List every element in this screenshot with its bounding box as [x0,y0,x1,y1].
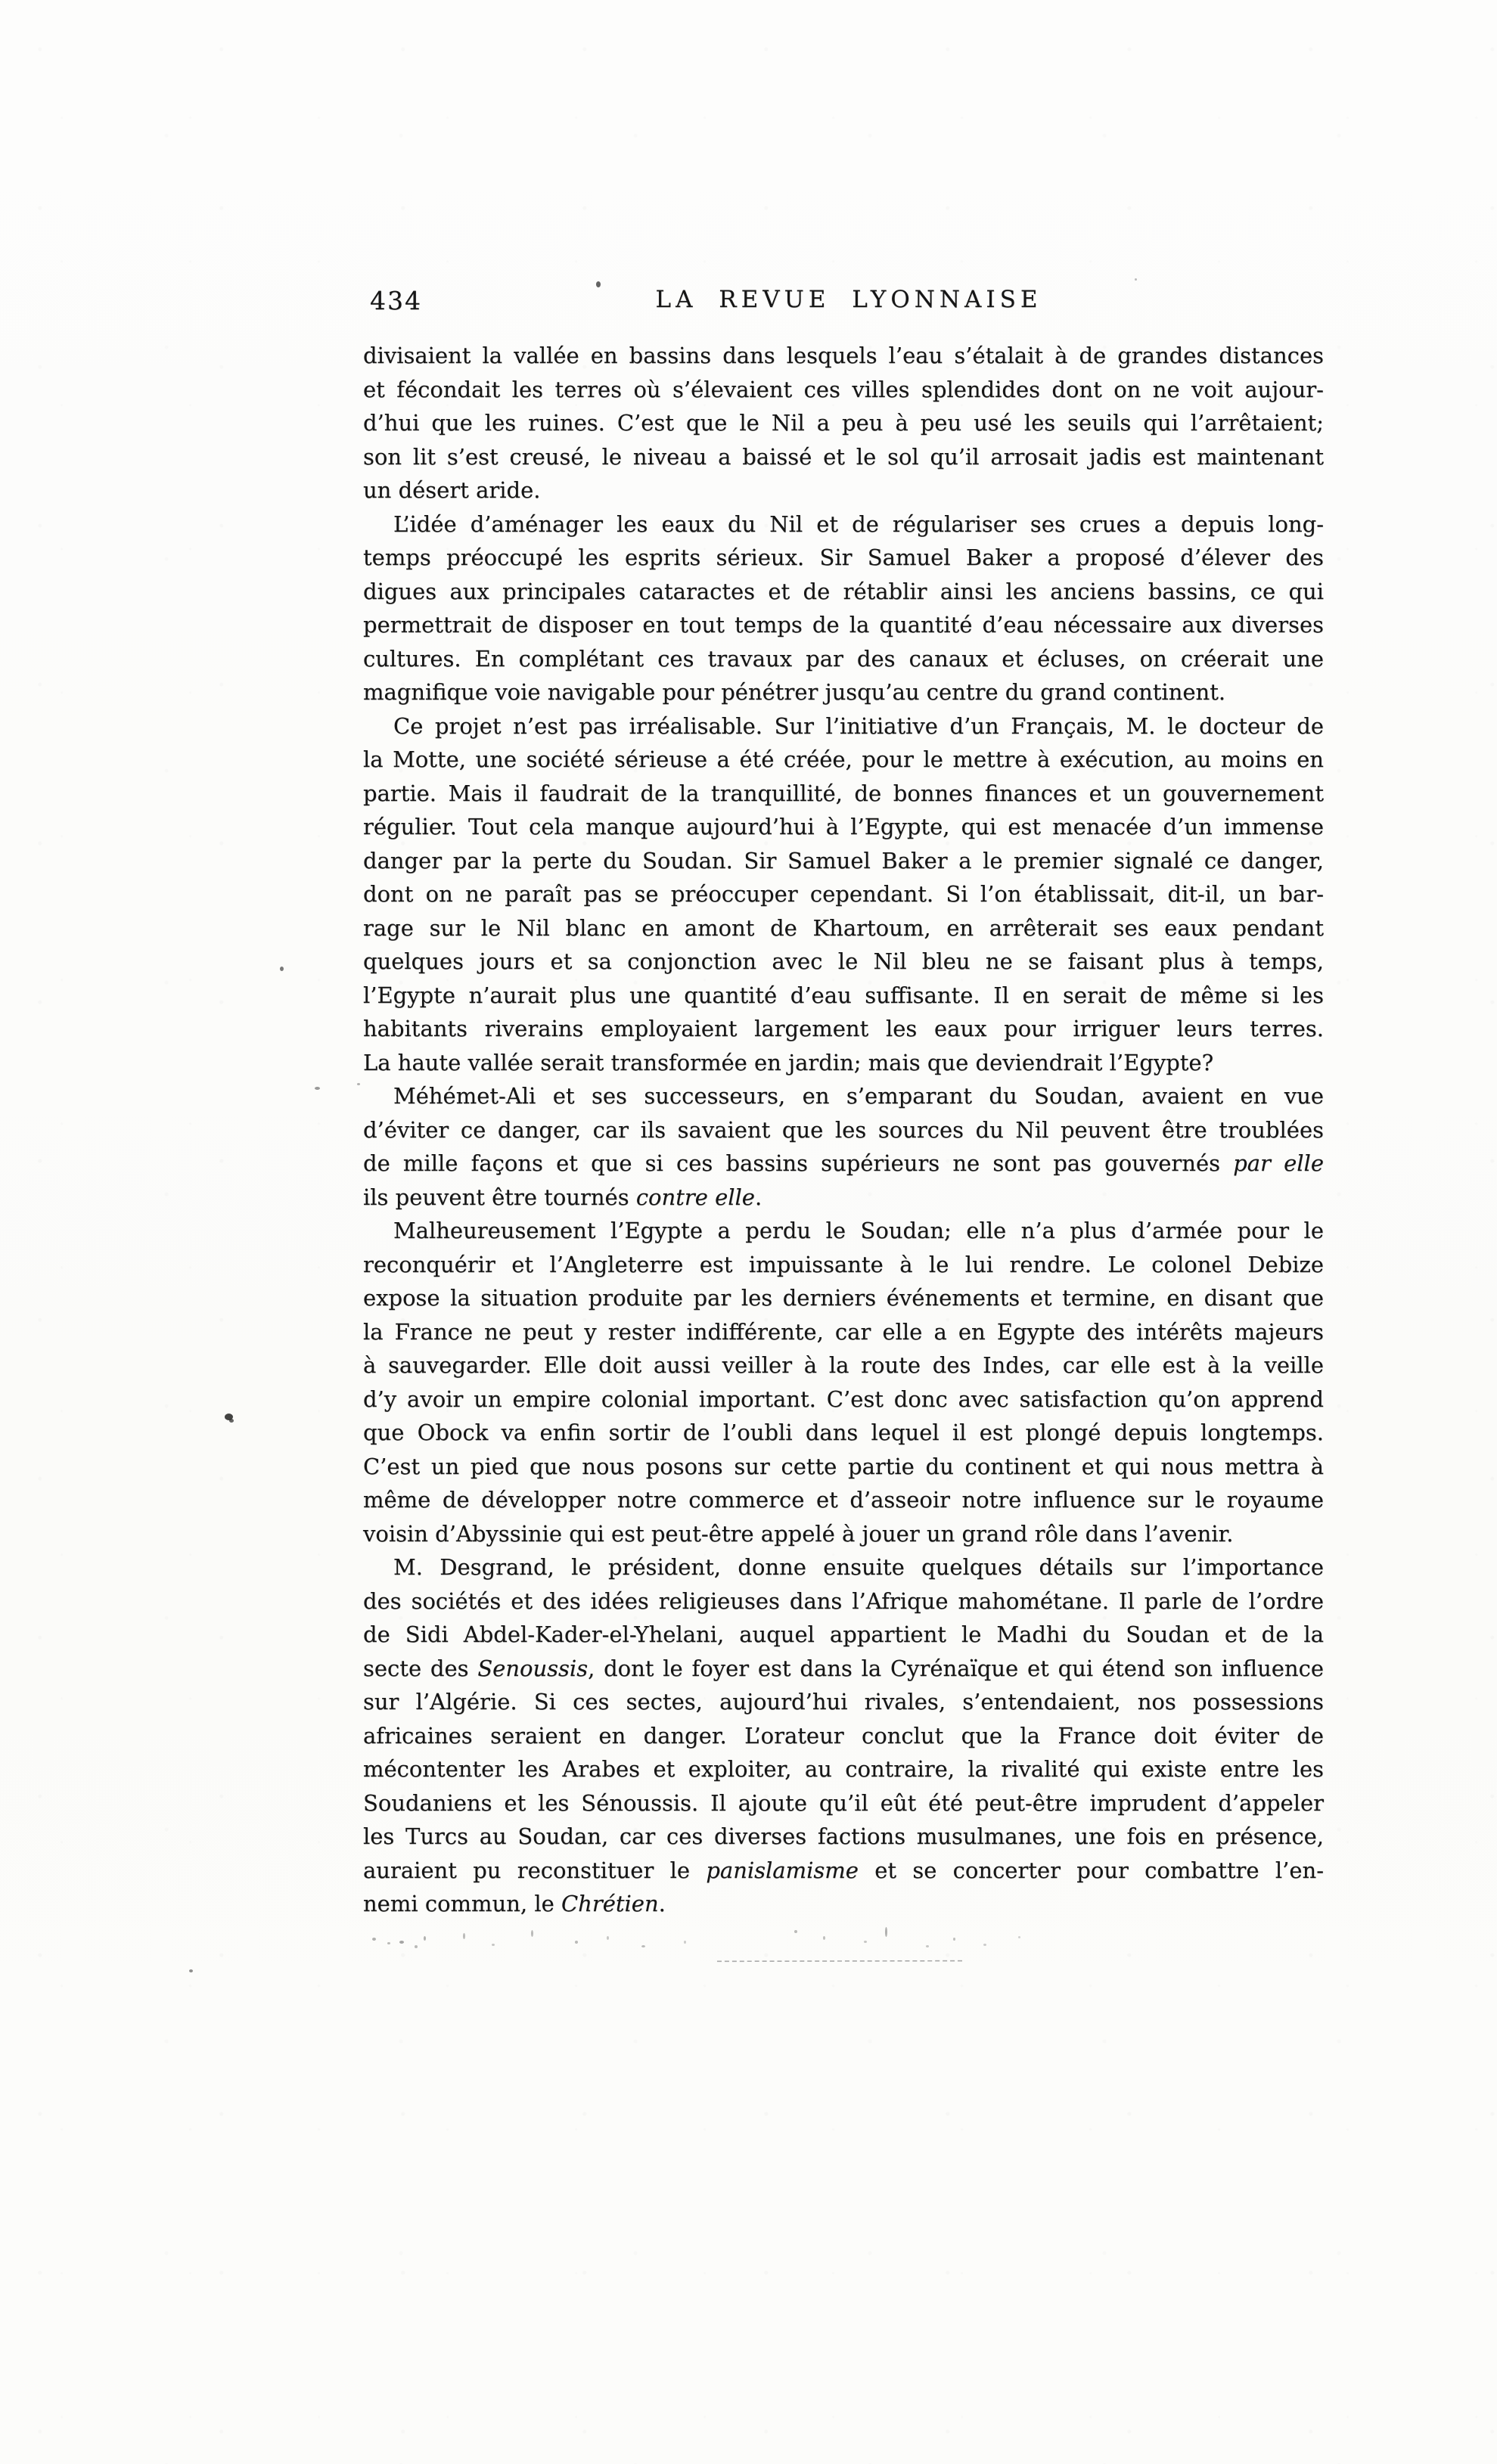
text-line: régulier. Tout cela manque aujourd’hui à… [363,810,1324,844]
text-line: d’hui que les ruines. C’est que le Nil a… [363,406,1324,440]
ink-speck [357,1083,360,1085]
text-line: C’est un pied que nous posons sur cette … [363,1450,1324,1484]
text-line: Ce projet n’est pas irréalisable. Sur l’… [363,709,1324,743]
text-line: reconquérir et l’Angleterre est impuissa… [363,1248,1324,1282]
text-line: d’y avoir un empire colonial important. … [363,1383,1324,1417]
text-line: habitants riverains employaient largemen… [363,1012,1324,1046]
text-line: secte des Senoussis, dont le foyer est d… [363,1652,1324,1686]
ink-speck [794,1930,797,1933]
ink-speck [399,1941,404,1944]
text-line: danger par la perte du Soudan. Sir Samue… [363,844,1324,878]
ink-speck [823,1936,825,1940]
text-line: Méhémet-Ali et ses successeurs, en s’emp… [363,1079,1324,1113]
ink-speck [315,1087,320,1090]
text-line: temps préoccupé les esprits sérieux. Sir… [363,541,1324,575]
text-line: divisaient la vallée en bassins dans les… [363,339,1324,373]
ink-speck [229,1419,234,1423]
text-line: l’Egypte n’aurait plus une quantité d’ea… [363,979,1324,1013]
text-line: de Sidi Abdel-Kader-el-Yhelani, auquel a… [363,1618,1324,1652]
text-line: La haute vallée serait transformée en ja… [363,1046,1324,1080]
ink-speck [415,1945,418,1948]
text-line: son lit s’est creusé, le niveau a baissé… [363,440,1324,474]
text-line: Malheureusement l’Egypte a perdu le Soud… [363,1214,1324,1248]
page-header: 434 LA REVUE LYONNAISE [363,286,1324,321]
text-line: rage sur le Nil blanc en amont de Kharto… [363,911,1324,945]
text-line: un désert aride. [363,473,1324,507]
text-line: et fécondait les terres où s’élevaient c… [363,373,1324,407]
ink-speck [387,1942,390,1944]
text-line: nemi commun, le Chrétien. [363,1887,1324,1921]
text-line: d’éviter ce danger, car ils savaient que… [363,1113,1324,1147]
ink-speck [926,1945,929,1947]
journal-title: LA REVUE LYONNAISE [363,286,1324,313]
text-line: même de développer notre commerce et d’a… [363,1483,1324,1517]
text-line: la France ne peut y rester indifférente,… [363,1315,1324,1349]
text-line: des sociétés et des idées religieuses da… [363,1584,1324,1618]
ink-speck [1135,278,1137,281]
ink-speck [492,1944,495,1946]
text-line: L’idée d’aménager les eaux du Nil et de … [363,507,1324,542]
ink-speck [953,1938,955,1941]
ink-speck [531,1930,533,1937]
ink-speck [575,1941,578,1944]
text-line: de mille façons et que si ces bassins su… [363,1147,1324,1181]
text-line: magnifique voie navigable pour pénétrer … [363,675,1324,709]
text-line: mécontenter les Arabes et exploiter, au … [363,1752,1324,1786]
text-line: la Motte, une société sérieuse a été cré… [363,743,1324,777]
ink-speck [684,1941,686,1944]
ink-speck [864,1941,867,1943]
text-line: sur l’Algérie. Si ces sectes, aujourd’hu… [363,1685,1324,1719]
text-line: dont on ne paraît pas se préoccuper cepe… [363,877,1324,911]
ink-speck [463,1933,465,1939]
text-line: expose la situation produite par les der… [363,1281,1324,1315]
page-number: 434 [370,286,422,315]
ink-speck [607,1936,609,1940]
text-line: que Obock va enfin sortir de l’oubli dan… [363,1416,1324,1450]
ink-speck [885,1927,887,1937]
ink-speck [596,281,601,287]
text-line: à sauvegarder. Elle doit aussi veiller à… [363,1348,1324,1383]
ink-speck [280,967,284,971]
ink-speck [983,1944,986,1946]
ink-speck [424,1936,426,1941]
ink-speck [641,1945,645,1947]
text-line: partie. Mais il faudrait de la tranquill… [363,777,1324,811]
text-line: ils peuvent être tournés contre elle. [363,1181,1324,1215]
text-line: cultures. En complétant ces travaux par … [363,642,1324,676]
text-line: M. Desgrand, le président, donne ensuite… [363,1550,1324,1584]
text-line: africaines seraient en danger. L’orateur… [363,1719,1324,1753]
ink-speck [1018,1936,1020,1938]
text-body: divisaient la vallée en bassins dans les… [363,339,1324,1921]
text-line: Soudaniens et les Sénoussis. Il ajoute q… [363,1786,1324,1820]
text-line: les Turcs au Soudan, car ces diverses fa… [363,1820,1324,1854]
text-line: voisin d’Abyssinie qui est peut-être app… [363,1517,1324,1551]
text-line: digues aux principales cataractes et de … [363,575,1324,609]
ink-speck [189,1969,193,1972]
separator-rule [717,1960,962,1962]
text-line: permettrait de disposer en tout temps de… [363,608,1324,642]
scanned-page: 434 LA REVUE LYONNAISE divisaient la val… [0,0,1497,2464]
text-line: quelques jours et sa conjonction avec le… [363,945,1324,979]
ink-speck [372,1938,376,1941]
text-line: auraient pu reconstituer le panislamisme… [363,1854,1324,1888]
